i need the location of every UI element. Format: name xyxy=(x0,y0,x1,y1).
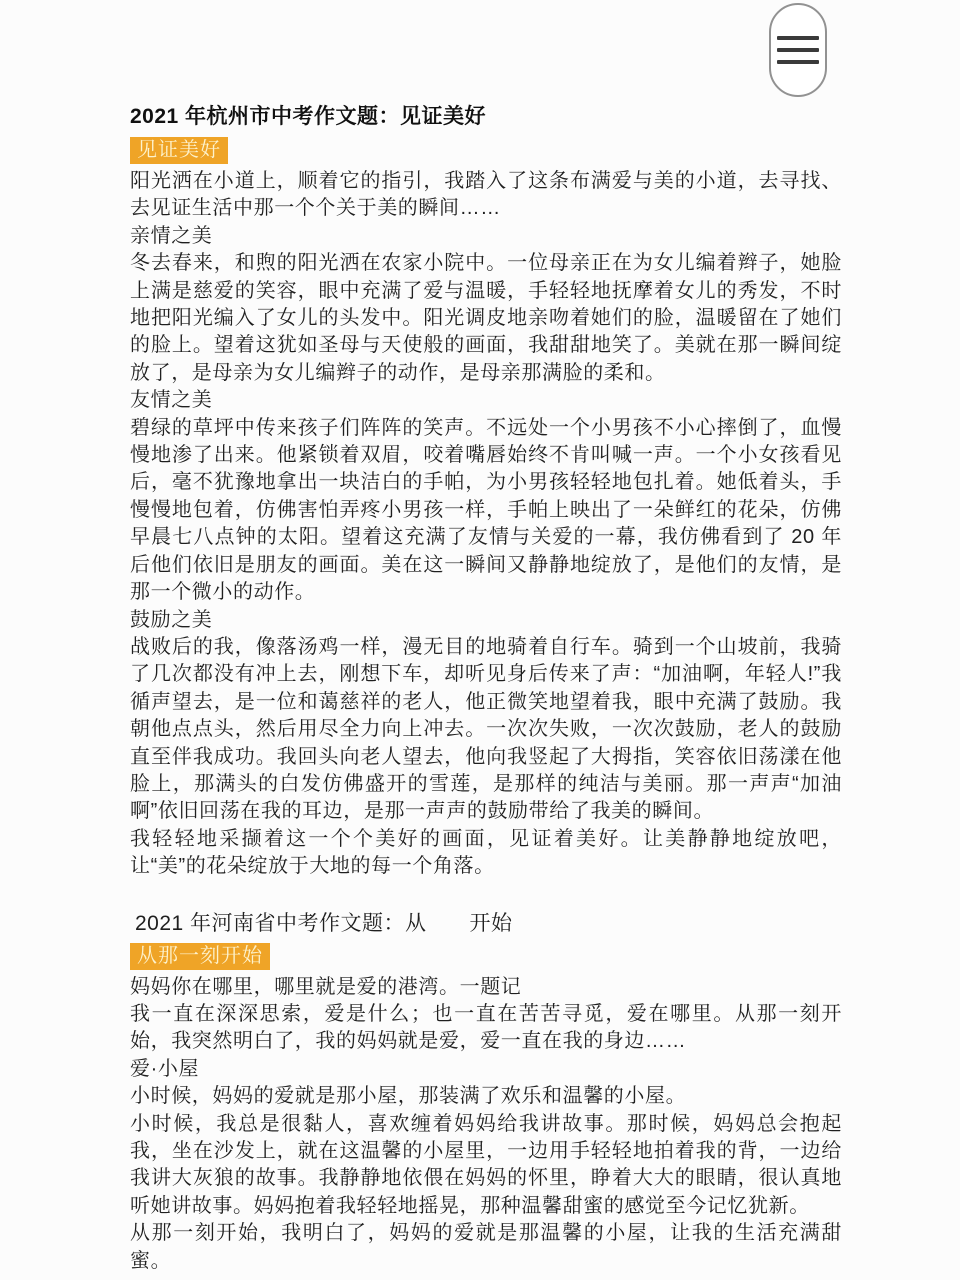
essay-section-hangzhou: 2021 年杭州市中考作文题：见证美好 见证美好 阳光洒在小道上，顺着它的指引，… xyxy=(130,100,842,881)
essay-2-paragraph-cabin-1: 小时候，妈妈的爱就是那小屋，那装满了欢乐和温馨的小屋。 xyxy=(130,1083,842,1110)
essay-2-subheading-love-cabin: 爱·小屋 xyxy=(130,1056,842,1083)
essay-1-subheading-encouragement: 鼓励之美 xyxy=(130,607,842,634)
essay-1-title: 2021 年杭州市中考作文题：见证美好 xyxy=(130,100,842,130)
essay-document: 2021 年杭州市中考作文题：见证美好 见证美好 阳光洒在小道上，顺着它的指引，… xyxy=(130,100,842,1275)
hamburger-line xyxy=(777,36,819,40)
essay-2-intro-paragraph: 我一直在深深思索，爱是什么；也一直在苦苦寻觅，爱在哪里。从那一刻开始，我突然明白… xyxy=(130,1001,842,1056)
essay-2-closing-paragraph: 从那一刻开始，我明白了，妈妈的爱就是那温馨的小屋，让我的生活充满甜蜜。 xyxy=(130,1220,842,1275)
essay-1-closing-paragraph: 我轻轻地采撷着这一个个美好的画面，见证着美好。让美静静地绽放吧，让“美”的花朵绽… xyxy=(130,826,842,881)
essay-1-paragraph-friendship: 碧绿的草坪中传来孩子们阵阵的笑声。不远处一个小男孩不小心摔倒了，血慢慢地渗了出来… xyxy=(130,415,842,607)
essay-2-title: 2021 年河南省中考作文题：从 开始 xyxy=(130,907,842,937)
essay-2-paragraph-cabin-2: 小时候，我总是很黏人，喜欢缠着妈妈给我讲故事。那时候，妈妈总会抱起我，坐在沙发上… xyxy=(130,1111,842,1221)
menu-button[interactable] xyxy=(769,3,827,97)
hamburger-line xyxy=(777,60,819,64)
essay-1-topic-highlight: 见证美好 xyxy=(130,137,228,164)
essay-1-paragraph-encouragement: 战败后的我，像落汤鸡一样，漫无目的地骑着自行车。骑到一个山坡前，我骑了几次都没有… xyxy=(130,634,842,826)
essay-2-highlight-row: 从那一刻开始 xyxy=(130,943,842,970)
essay-2-topic-highlight: 从那一刻开始 xyxy=(130,943,270,970)
essay-section-henan: 2021 年河南省中考作文题：从 开始 从那一刻开始 妈妈你在哪里，哪里就是爱的… xyxy=(130,907,842,1275)
essay-2-epigraph: 妈妈你在哪里，哪里就是爱的港湾。一题记 xyxy=(130,974,842,1001)
essay-1-highlight-row: 见证美好 xyxy=(130,137,842,164)
essay-1-subheading-family: 亲情之美 xyxy=(130,223,842,250)
essay-1-intro-paragraph: 阳光洒在小道上，顺着它的指引，我踏入了这条布满爱与美的小道，去寻找、去见证生活中… xyxy=(130,168,842,223)
hamburger-line xyxy=(777,48,819,52)
essay-1-paragraph-family: 冬去春来，和煦的阳光洒在农家小院中。一位母亲正在为女儿编着辫子，她脸上满是慈爱的… xyxy=(130,250,842,387)
hamburger-menu-icon xyxy=(777,36,819,64)
essay-1-subheading-friendship: 友情之美 xyxy=(130,387,842,414)
